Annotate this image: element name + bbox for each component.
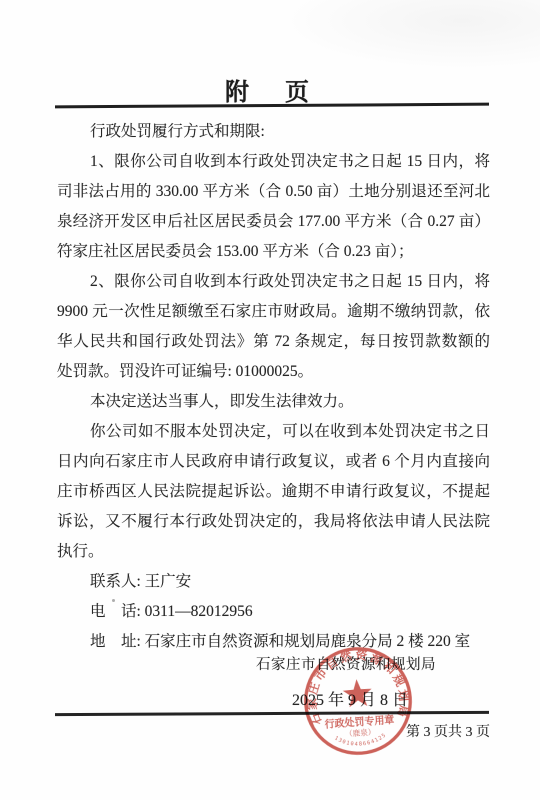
body-line: 9900 元一次性足额缴至石家庄市财政局。逾期不缴纳罚款，依据《中 xyxy=(57,297,490,327)
page-number: 第 3 页共 3 页 xyxy=(290,722,490,744)
issuing-authority-signature: 石家庄市自然资源和规划局 xyxy=(226,653,466,677)
body-line: 庄市桥西区人民法院提起诉讼。逾期不申请行政复议，不提起行政 xyxy=(57,477,490,507)
contact-person-line: 联系人: 王广安 xyxy=(57,567,490,597)
footer-rule-divider xyxy=(55,711,489,716)
body-line: 符家庄社区居民委员会 153.00 平方米（合 0.23 亩）； xyxy=(57,237,490,267)
body-line: 2、限你公司自收到本行政处罚决定书之日起 15 日内，将罚款 xyxy=(57,267,490,297)
body-line: 1、限你公司自收到本行政处罚决定书之日起 15 日内，将你公 xyxy=(57,147,490,177)
body-line: 行政处罚履行方式和期限: xyxy=(57,117,490,147)
page-title: 附 页 xyxy=(0,72,540,107)
body-line: 处罚款。罚没许可证编号: 01000025。 xyxy=(57,357,490,387)
document-body: 行政处罚履行方式和期限: 1、限你公司自收到本行政处罚决定书之日起 15 日内，… xyxy=(57,117,490,657)
body-line: 司非法占用的 330.00 平方米（合 0.50 亩）土地分别退还至河北鹿 xyxy=(57,177,490,207)
contact-phone-line: 电 话: 0311—82012956 xyxy=(57,597,490,627)
scan-artifact-smudge xyxy=(280,0,540,70)
body-line: 华人民共和国行政处罚法》第 72 条规定，每日按罚款数额的 3%加 xyxy=(57,327,490,357)
body-line: 本决定送达当事人，即发生法律效力。 xyxy=(57,387,490,417)
scanned-document-page: 附 页 行政处罚履行方式和期限: 1、限你公司自收到本行政处罚决定书之日起 15… xyxy=(0,0,540,800)
body-line: 执行。 xyxy=(57,537,490,567)
body-line: 泉经济开发区申后社区居民委员会 177.00 平方米（合 0.27 亩）和 xyxy=(57,207,490,237)
body-line: 日内向石家庄市人民政府申请行政复议，或者 6 个月内直接向石家 xyxy=(57,447,490,477)
issue-date: 2025 年 9 月 8 日 xyxy=(230,689,470,713)
body-line: 诉讼，又不履行本行政处罚决定的，我局将依法申请人民法院强制 xyxy=(57,507,490,537)
body-line: 你公司如不服本处罚决定，可以在收到本处罚决定书之日起 60 xyxy=(57,417,490,447)
